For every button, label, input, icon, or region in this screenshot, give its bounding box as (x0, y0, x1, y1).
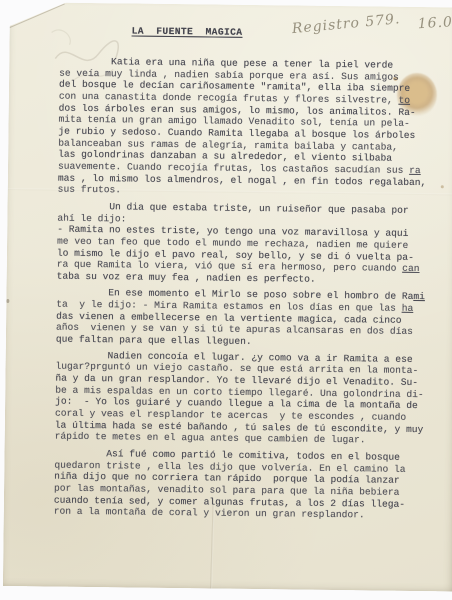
document-body: Katia era una niña que pese a tener la p… (54, 56, 432, 527)
paragraph: En ese momento el Mirlo se poso sobre el… (56, 287, 429, 350)
underlined-syllable: mi (413, 291, 425, 302)
underlined-syllable: ha (402, 303, 414, 314)
paragraph: Un dia que estaba triste, un ruiseñor qu… (57, 200, 430, 286)
underlined-syllable: can (402, 263, 419, 274)
underlined-syllable: ra (409, 165, 421, 176)
paragraph: Así fué como partió le comitiva, todos e… (54, 448, 427, 522)
paragraph: Nadien concoía el lugar. ¿y como va a ir… (55, 349, 428, 447)
paragraph: Katia era una niña que pese a tener la p… (58, 56, 432, 200)
stain-speck (6, 299, 9, 303)
document-title: LA FUENTE MAGICA (132, 25, 243, 37)
stain-speck (441, 185, 444, 188)
handwritten-registro-note: Registro 579. (291, 11, 401, 37)
underlined-syllable: to (398, 95, 410, 106)
handwritten-code-note: 16.0 (417, 14, 452, 32)
paper-sheet: Registro 579. 16.0 LA FUENTE MAGICA Kati… (3, 2, 452, 591)
